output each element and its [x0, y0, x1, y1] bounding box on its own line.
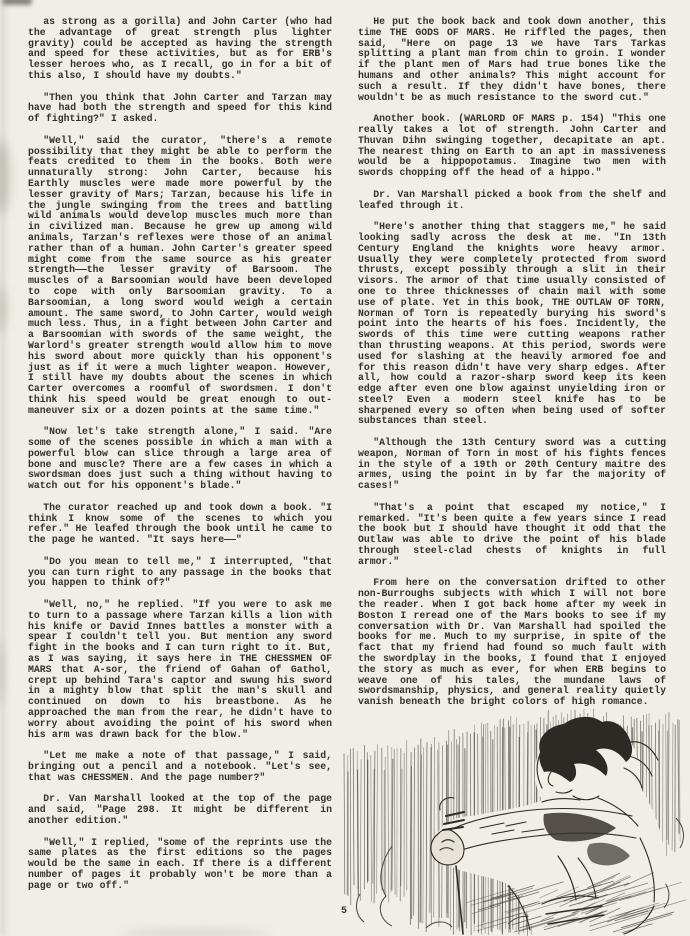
paragraph: He put the book back and took down anoth…: [358, 17, 666, 103]
paragraph: "Let me make a note of that passage," I …: [28, 751, 332, 783]
paragraph: From here on the conversation drifted to…: [358, 578, 666, 708]
paragraph: "Then you think that John Carter and Tar…: [28, 93, 332, 125]
paragraph: "Here's another thing that staggers me,"…: [358, 222, 666, 427]
paragraph: Dr. Van Marshall looked at the top of th…: [28, 794, 332, 826]
paragraph: "Although the 13th Century sword was a c…: [358, 438, 666, 492]
scan-smudge: [0, 140, 10, 214]
paragraph: "Do you mean to tell me," I interrupted,…: [28, 557, 332, 589]
paragraph: as strong as a gorilla) and John Carter …: [28, 17, 332, 82]
scan-smudge: [120, 928, 270, 936]
scanned-fanzine-page: as strong as a gorilla) and John Carter …: [0, 0, 690, 936]
paragraph: "Well," said the curator, "there's a rem…: [28, 136, 332, 417]
left-text-column: as strong as a gorilla) and John Carter …: [28, 17, 332, 892]
paragraph: "Well, no," he replied. "If you were to …: [28, 600, 332, 740]
right-text-column: He put the book back and took down anoth…: [358, 17, 666, 708]
paragraph: "That's a point that escaped my notice,"…: [358, 503, 666, 568]
paragraph: "Now let's take strength alone," I said.…: [28, 427, 332, 492]
paragraph: Another book. (WARLORD OF MARS p. 154) "…: [358, 114, 666, 179]
paragraph: The curator reached up and took down a b…: [28, 503, 332, 546]
swordsman-illustration: [330, 698, 690, 936]
paragraph: "Well," I replied, "some of the reprints…: [28, 838, 332, 892]
page-number: 5: [341, 906, 347, 917]
scan-smudge: [2, 0, 32, 5]
scan-smudge: [0, 286, 7, 332]
paragraph: Dr. Van Marshall picked a book from the …: [358, 190, 666, 212]
